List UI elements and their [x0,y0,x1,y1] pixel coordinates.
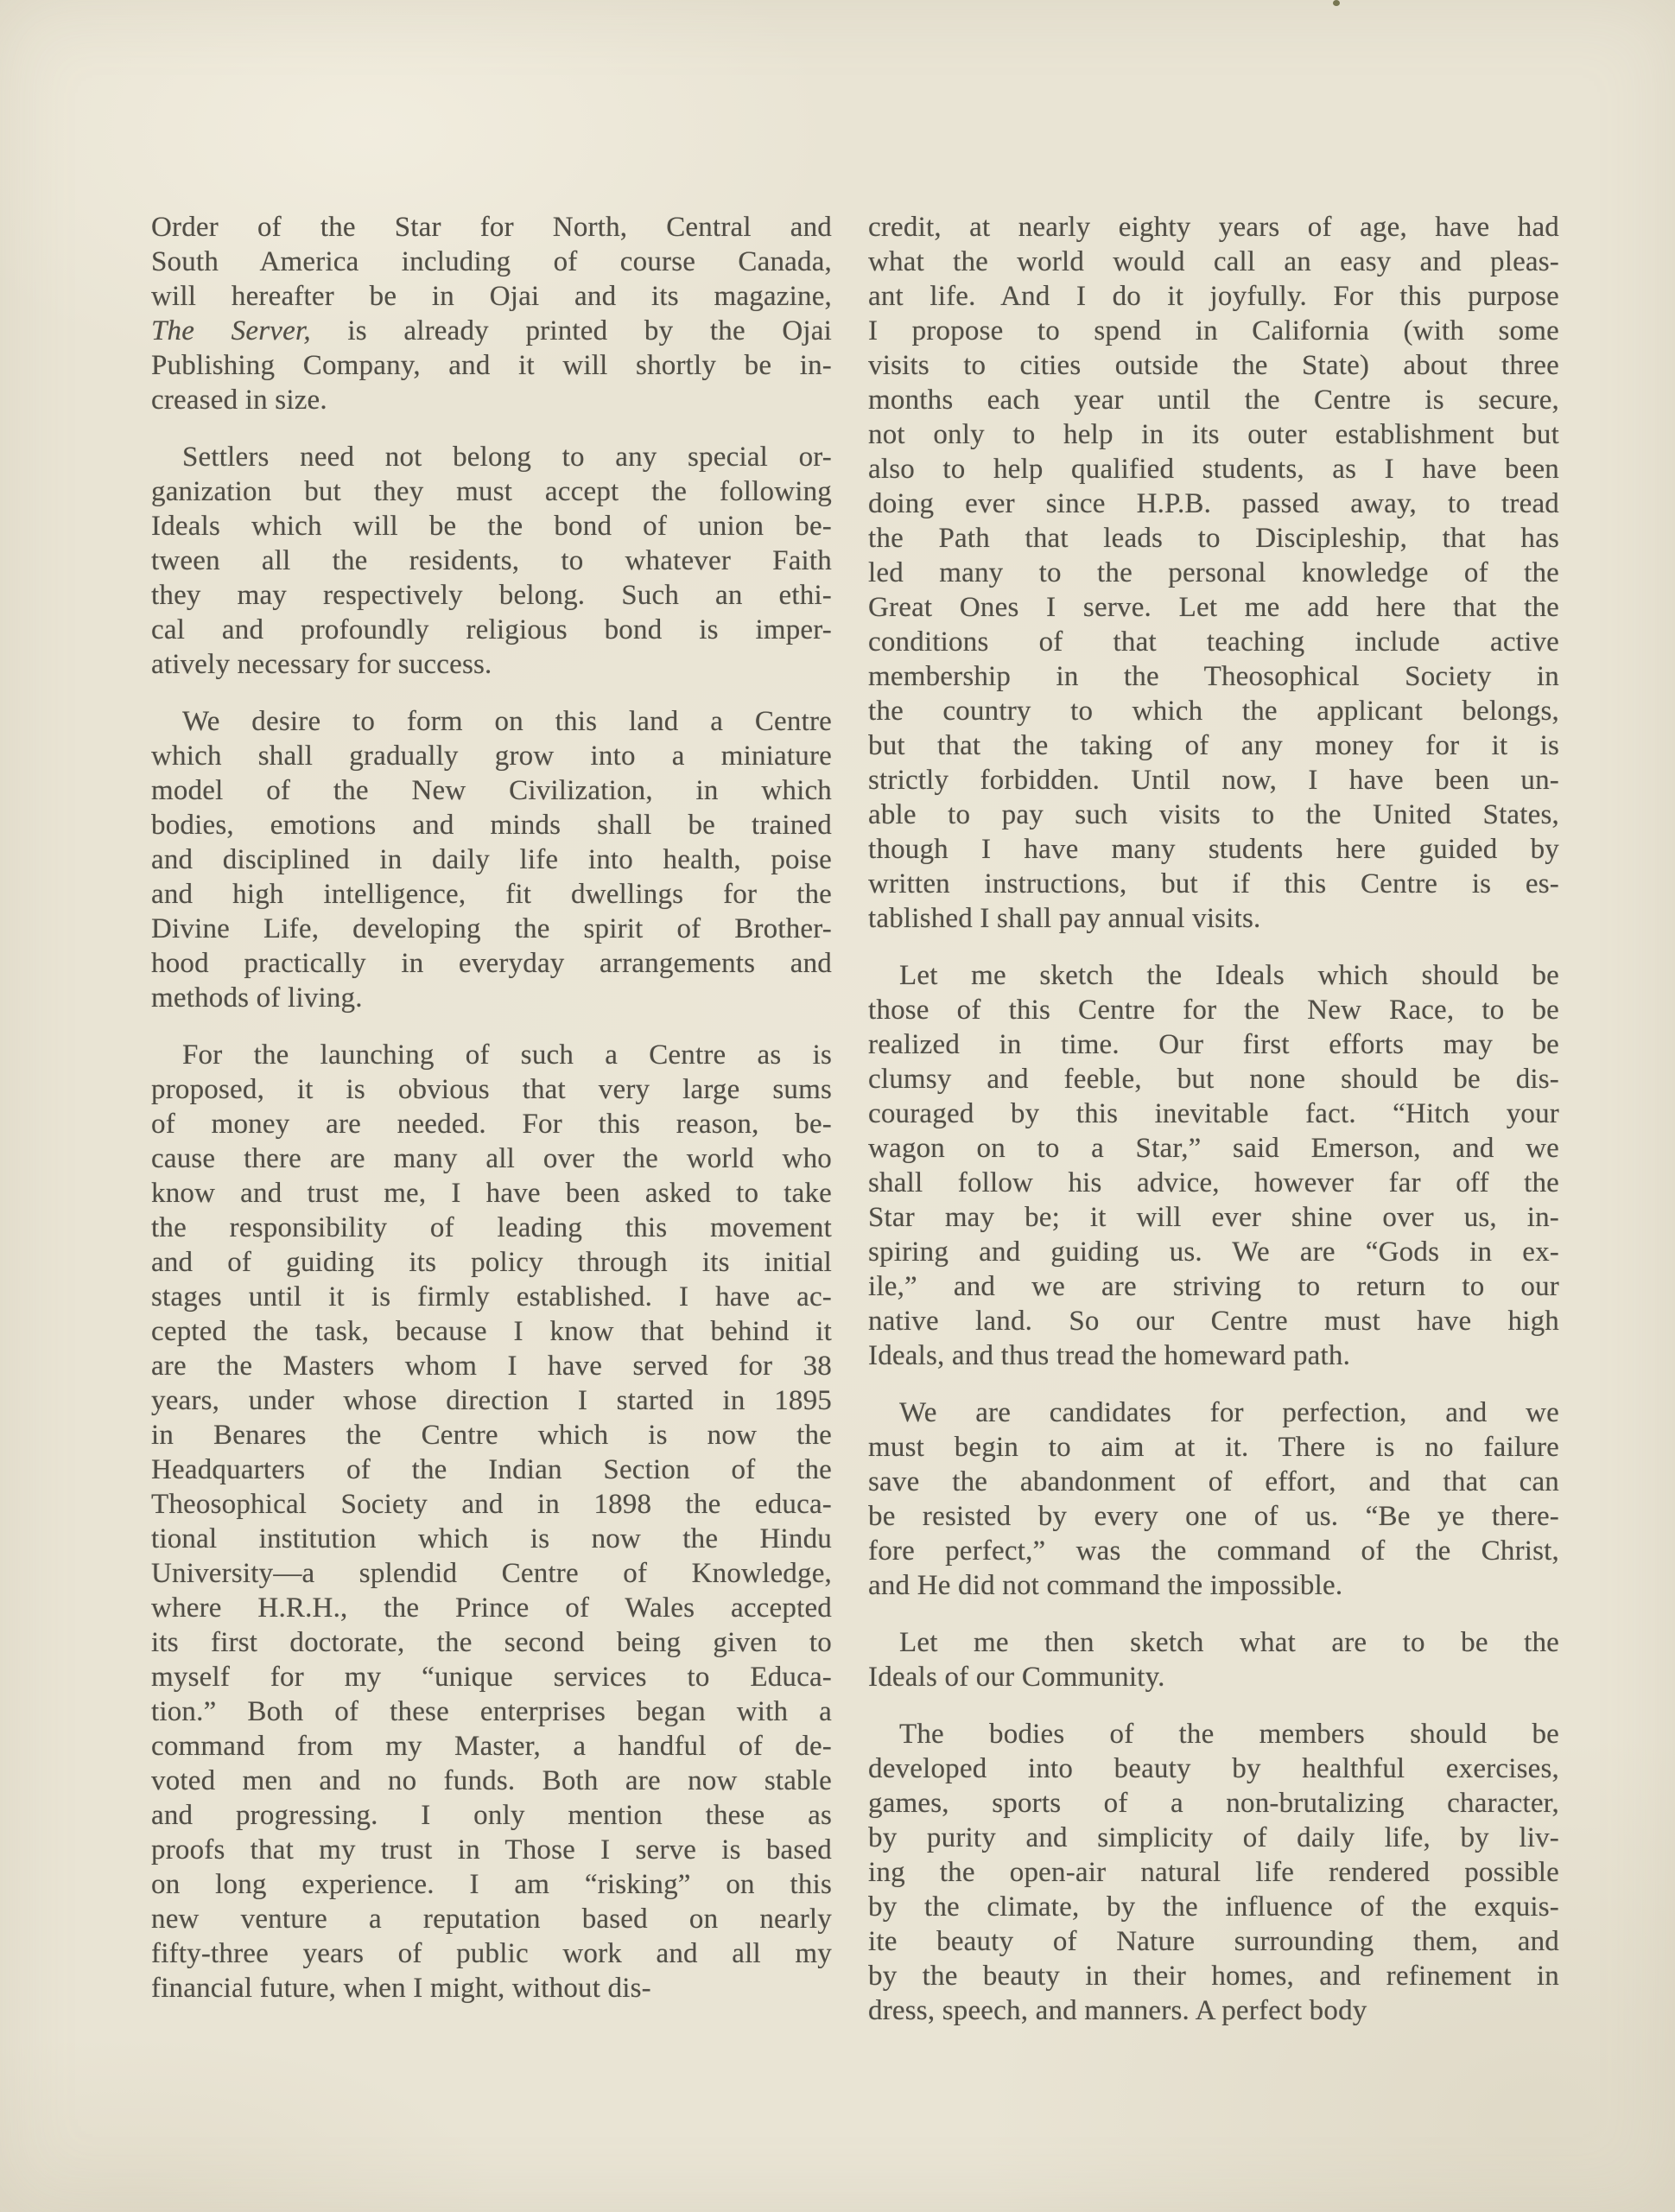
italic-text: The Server, [151,315,311,346]
text-line: methods of living. [151,981,832,1015]
text-line: where H.R.H., the Prince of Wales accept… [151,1591,832,1625]
text-line: will hereafter be in Ojai and its magazi… [151,279,832,314]
text-segment: where H.R.H., the Prince of Wales accept… [151,1592,832,1624]
text-segment: ganization but they must accept the foll… [151,476,832,507]
text-segment: native land. So our Centre must have hig… [868,1306,1559,1337]
text-line: voted men and no funds. Both are now sta… [151,1764,832,1798]
document-page: Order of the Star for North, Central and… [0,0,1675,2212]
text-line: able to pay such visits to the United St… [868,798,1559,832]
text-line: on long experience. I am “risking” on th… [151,1867,832,1902]
text-line: ite beauty of Nature surrounding them, a… [868,1924,1559,1959]
text-segment: what the world would call an easy and pl… [868,246,1559,277]
text-segment: though I have many students here guided … [868,834,1559,865]
text-segment: cepted the task, because I know that beh… [151,1316,832,1347]
text-line: in Benares the Centre which is now the [151,1418,832,1452]
text-segment: written instructions, but if this Centre… [868,868,1559,899]
text-segment: of money are needed. For this reason, be… [151,1109,832,1140]
paper-speck [1333,0,1340,6]
text-segment: games, sports of a non-brutalizing chara… [868,1788,1559,1819]
paragraph: Let me sketch the Ideals which should be… [868,958,1559,1373]
text-segment: will hereafter be in Ojai and its magazi… [151,281,832,312]
text-line: I propose to spend in California (with s… [868,314,1559,348]
text-segment: fore perfect,” was the command of the Ch… [868,1535,1559,1567]
text-line: also to help qualified students, as I ha… [868,452,1559,486]
text-line: We are candidates for perfection, and we [868,1395,1559,1430]
paragraph: credit, at nearly eighty years of age, h… [868,210,1559,936]
text-segment: Great Ones I serve. Let me add here that… [868,592,1559,623]
text-segment: For the launching of such a Centre as is [182,1039,832,1071]
text-segment: We are candidates for perfection, and we [899,1397,1559,1428]
text-segment: Headquarters of the Indian Section of th… [151,1454,832,1485]
text-line: which shall gradually grow into a miniat… [151,739,832,773]
text-line: those of this Centre for the New Race, t… [868,993,1559,1027]
text-segment: on long experience. I am “risking” on th… [151,1869,832,1900]
text-segment: the country to which the applicant belon… [868,696,1559,727]
text-line: months each year until the Centre is sec… [868,383,1559,417]
text-segment: conditions of that teaching include acti… [868,626,1559,658]
text-segment: Ideals which will be the bond of union b… [151,511,832,542]
paragraph: The bodies of the members should bedevel… [868,1717,1559,2028]
text-segment: ile,” and we are striving to return to o… [868,1271,1559,1302]
text-line: must begin to aim at it. There is no fai… [868,1430,1559,1465]
text-line: strictly forbidden. Until now, I have be… [868,763,1559,798]
text-segment: couraged by this inevitable fact. “Hitch… [868,1098,1559,1129]
text-line: Star may be; it will ever shine over us,… [868,1200,1559,1235]
text-segment: but that the taking of any money for it … [868,730,1559,761]
text-segment: cal and profoundly religious bond is imp… [151,614,832,645]
text-line: know and trust me, I have been asked to … [151,1176,832,1211]
text-segment: and of guiding its policy through its in… [151,1247,832,1278]
text-line: For the launching of such a Centre as is [151,1038,832,1072]
text-segment: proofs that my trust in Those I serve is… [151,1834,832,1866]
text-segment: which shall gradually grow into a miniat… [151,741,832,772]
text-line: realized in time. Our first efforts may … [868,1027,1559,1062]
text-segment: creased in size. [151,385,327,416]
text-segment: be resisted by every one of us. “Be ye t… [868,1501,1559,1532]
text-segment: tween all the residents, to whatever Fai… [151,545,832,576]
text-segment: Settlers need not belong to any special … [182,442,832,473]
text-line: its first doctorate, the second being gi… [151,1625,832,1660]
text-line: by the climate, by the influence of the … [868,1890,1559,1924]
text-line: shall follow his advice, however far off… [868,1166,1559,1200]
text-segment: the responsibility of leading this movem… [151,1212,832,1243]
text-segment: tional institution which is now the Hind… [151,1523,832,1554]
text-line: wagon on to a Star,” said Emerson, and w… [868,1131,1559,1166]
text-segment: spiring and guiding us. We are “Gods in … [868,1236,1559,1268]
text-line: membership in the Theosophical Society i… [868,659,1559,694]
text-segment: visits to cities outside the State) abou… [868,350,1559,381]
text-segment: proposed, it is obvious that very large … [151,1074,832,1105]
text-column-right: credit, at nearly eighty years of age, h… [868,210,1559,2028]
text-line: the Path that leads to Discipleship, tha… [868,521,1559,556]
text-segment: Let me then sketch what are to be the [899,1627,1559,1658]
paragraph: Settlers need not belong to any special … [151,440,832,682]
text-segment: clumsy and feeble, but none should be di… [868,1064,1559,1095]
text-line: they may respectively belong. Such an et… [151,578,832,613]
text-segment: fifty-three years of public work and all… [151,1938,832,1969]
text-segment: the Path that leads to Discipleship, tha… [868,523,1559,554]
text-line: bodies, emotions and minds shall be trai… [151,808,832,842]
text-line: fore perfect,” was the command of the Ch… [868,1534,1559,1568]
text-line: atively necessary for success. [151,647,832,682]
text-line: credit, at nearly eighty years of age, h… [868,210,1559,245]
text-segment: they may respectively belong. Such an et… [151,580,832,611]
text-line: years, under whose direction I started i… [151,1383,832,1418]
text-line: what the world would call an easy and pl… [868,245,1559,279]
text-segment: University—a splendid Centre of Knowledg… [151,1558,832,1589]
text-line: and progressing. I only mention these as [151,1798,832,1833]
text-line: and of guiding its policy through its in… [151,1245,832,1280]
text-line: tional institution which is now the Hind… [151,1522,832,1556]
text-segment: save the abandonment of effort, and that… [868,1466,1559,1497]
text-segment: know and trust me, I have been asked to … [151,1178,832,1209]
text-line: tablished I shall pay annual visits. [868,901,1559,936]
text-line: tween all the residents, to whatever Fai… [151,543,832,578]
paragraph: We desire to form on this land a Centrew… [151,704,832,1015]
paragraph: We are candidates for perfection, and we… [868,1395,1559,1603]
text-segment: is already printed by the Ojai [311,315,832,346]
text-line: financial future, when I might, without … [151,1971,832,2005]
text-segment: Ideals of our Community. [868,1662,1165,1693]
text-line: command from my Master, a handful of de- [151,1729,832,1764]
text-segment: Publishing Company, and it will shortly … [151,350,832,381]
text-segment: voted men and no funds. Both are now sta… [151,1765,832,1796]
text-segment: wagon on to a Star,” said Emerson, and w… [868,1133,1559,1164]
text-line: proofs that my trust in Those I serve is… [151,1833,832,1867]
text-segment: by purity and simplicity of daily life, … [868,1822,1559,1853]
text-line: and high intelligence, fit dwellings for… [151,877,832,912]
text-segment: in Benares the Centre which is now the [151,1420,832,1451]
text-line: proposed, it is obvious that very large … [151,1072,832,1107]
paragraph: Order of the Star for North, Central and… [151,210,832,417]
paragraph: Let me then sketch what are to be theIde… [868,1625,1559,1694]
text-line: native land. So our Centre must have hig… [868,1304,1559,1338]
text-line: clumsy and feeble, but none should be di… [868,1062,1559,1096]
text-line: of money are needed. For this reason, be… [151,1107,832,1141]
text-line: developed into beauty by healthful exerc… [868,1751,1559,1786]
text-segment: dress, speech, and manners. A perfect bo… [868,1995,1367,2026]
text-line: be resisted by every one of us. “Be ye t… [868,1499,1559,1534]
text-line: new venture a reputation based on nearly [151,1902,832,1936]
text-segment: We desire to form on this land a Centre [182,706,832,737]
text-line: Great Ones I serve. Let me add here that… [868,590,1559,625]
text-segment: credit, at nearly eighty years of age, h… [868,212,1559,243]
text-line: model of the New Civilization, in which [151,773,832,808]
text-line: not only to help in its outer establishm… [868,417,1559,452]
text-segment: hood practically in everyday arrangement… [151,948,832,979]
text-segment: also to help qualified students, as I ha… [868,454,1559,485]
text-line: Ideals of our Community. [868,1660,1559,1694]
text-line: save the abandonment of effort, and that… [868,1465,1559,1499]
text-segment: and He did not command the impossible. [868,1570,1342,1601]
text-segment: doing ever since H.P.B. passed away, to … [868,488,1559,519]
text-line: the responsibility of leading this movem… [151,1211,832,1245]
text-line: cepted the task, because I know that beh… [151,1314,832,1349]
text-segment: Ideals, and thus tread the homeward path… [868,1340,1350,1371]
text-segment: Divine Life, developing the spirit of Br… [151,913,832,944]
text-segment: atively necessary for success. [151,649,492,680]
text-segment: methods of living. [151,982,363,1014]
text-segment: realized in time. Our first efforts may … [868,1029,1559,1060]
text-segment: and high intelligence, fit dwellings for… [151,879,832,910]
text-line: Publishing Company, and it will shortly … [151,348,832,383]
text-segment: membership in the Theosophical Society i… [868,661,1559,692]
text-segment: Theosophical Society and in 1898 the edu… [151,1489,832,1520]
text-segment: months each year until the Centre is sec… [868,385,1559,416]
text-segment: developed into beauty by healthful exerc… [868,1753,1559,1784]
text-line: games, sports of a non-brutalizing chara… [868,1786,1559,1821]
text-line: Ideals which will be the bond of union b… [151,509,832,543]
text-line: couraged by this inevitable fact. “Hitch… [868,1096,1559,1131]
text-segment: years, under whose direction I started i… [151,1385,832,1416]
text-line: stages until it is firmly established. I… [151,1280,832,1314]
text-line: though I have many students here guided … [868,832,1559,867]
text-line: ganization but they must accept the foll… [151,474,832,509]
text-line: ant life. And I do it joyfully. For this… [868,279,1559,314]
text-line: hood practically in everyday arrangement… [151,946,832,981]
text-segment: tion.” Both of these enterprises began w… [151,1696,832,1727]
text-line: fifty-three years of public work and all… [151,1936,832,1971]
text-line: The Server, is already printed by the Oj… [151,314,832,348]
text-segment: ing the open-air natural life rendered p… [868,1857,1559,1888]
text-line: and disciplined in daily life into healt… [151,842,832,877]
text-line: conditions of that teaching include acti… [868,625,1559,659]
text-line: Order of the Star for North, Central and [151,210,832,245]
text-segment: ite beauty of Nature surrounding them, a… [868,1926,1559,1957]
text-column-left: Order of the Star for North, Central and… [151,210,832,2005]
text-line: We desire to form on this land a Centre [151,704,832,739]
text-segment: myself for my “unique services to Educa- [151,1662,832,1693]
text-line: Settlers need not belong to any special … [151,440,832,474]
text-segment: The bodies of the members should be [899,1719,1559,1750]
text-line: visits to cities outside the State) abou… [868,348,1559,383]
text-segment: and disciplined in daily life into healt… [151,844,832,875]
paragraph: For the launching of such a Centre as is… [151,1038,832,2005]
text-segment: those of this Centre for the New Race, t… [868,995,1559,1026]
text-line: Headquarters of the Indian Section of th… [151,1452,832,1487]
text-line: Ideals, and thus tread the homeward path… [868,1338,1559,1373]
text-segment: not only to help in its outer establishm… [868,419,1559,450]
text-line: The bodies of the members should be [868,1717,1559,1751]
text-line: led many to the personal knowledge of th… [868,556,1559,590]
text-line: tion.” Both of these enterprises began w… [151,1694,832,1729]
text-line: Divine Life, developing the spirit of Br… [151,912,832,946]
text-line: written instructions, but if this Centre… [868,867,1559,901]
text-segment: able to pay such visits to the United St… [868,799,1559,830]
text-segment: Let me sketch the Ideals which should be [899,960,1559,991]
text-segment: led many to the personal knowledge of th… [868,557,1559,588]
text-segment: are the Masters whom I have served for 3… [151,1351,832,1382]
text-line: Let me sketch the Ideals which should be [868,958,1559,993]
text-segment: stages until it is firmly established. I… [151,1281,832,1313]
text-line: dress, speech, and manners. A perfect bo… [868,1993,1559,2028]
text-line: by the beauty in their homes, and refine… [868,1959,1559,1993]
text-line: myself for my “unique services to Educa- [151,1660,832,1694]
text-segment: by the climate, by the influence of the … [868,1891,1559,1923]
text-line: Let me then sketch what are to be the [868,1625,1559,1660]
text-segment: must begin to aim at it. There is no fai… [868,1432,1559,1463]
text-line: cause there are many all over the world … [151,1141,832,1176]
text-segment: tablished I shall pay annual visits. [868,903,1260,934]
text-segment: and progressing. I only mention these as [151,1800,832,1831]
text-line: cal and profoundly religious bond is imp… [151,613,832,647]
text-line: and He did not command the impossible. [868,1568,1559,1603]
text-segment: by the beauty in their homes, and refine… [868,1961,1559,1992]
text-segment: its first doctorate, the second being gi… [151,1627,832,1658]
text-line: by purity and simplicity of daily life, … [868,1821,1559,1855]
text-line: spiring and guiding us. We are “Gods in … [868,1235,1559,1269]
text-segment: command from my Master, a handful of de- [151,1731,832,1762]
text-line: South America including of course Canada… [151,245,832,279]
text-segment: shall follow his advice, however far off… [868,1167,1559,1198]
text-line: but that the taking of any money for it … [868,728,1559,763]
text-segment: cause there are many all over the world … [151,1143,832,1174]
text-line: doing ever since H.P.B. passed away, to … [868,486,1559,521]
text-line: creased in size. [151,383,832,417]
text-segment: ant life. And I do it joyfully. For this… [868,281,1559,312]
text-segment: bodies, emotions and minds shall be trai… [151,810,832,841]
text-line: Theosophical Society and in 1898 the edu… [151,1487,832,1522]
text-line: are the Masters whom I have served for 3… [151,1349,832,1383]
text-segment: new venture a reputation based on nearly [151,1904,832,1935]
text-line: University—a splendid Centre of Knowledg… [151,1556,832,1591]
text-segment: Star may be; it will ever shine over us,… [868,1202,1559,1233]
text-segment: financial future, when I might, without … [151,1973,651,2004]
text-line: ile,” and we are striving to return to o… [868,1269,1559,1304]
text-segment: I propose to spend in California (with s… [868,315,1559,346]
text-line: ing the open-air natural life rendered p… [868,1855,1559,1890]
text-segment: Order of the Star for North, Central and [151,212,832,243]
text-line: the country to which the applicant belon… [868,694,1559,728]
text-segment: strictly forbidden. Until now, I have be… [868,765,1559,796]
text-segment: model of the New Civilization, in which [151,775,832,806]
text-segment: South America including of course Canada… [151,246,832,277]
